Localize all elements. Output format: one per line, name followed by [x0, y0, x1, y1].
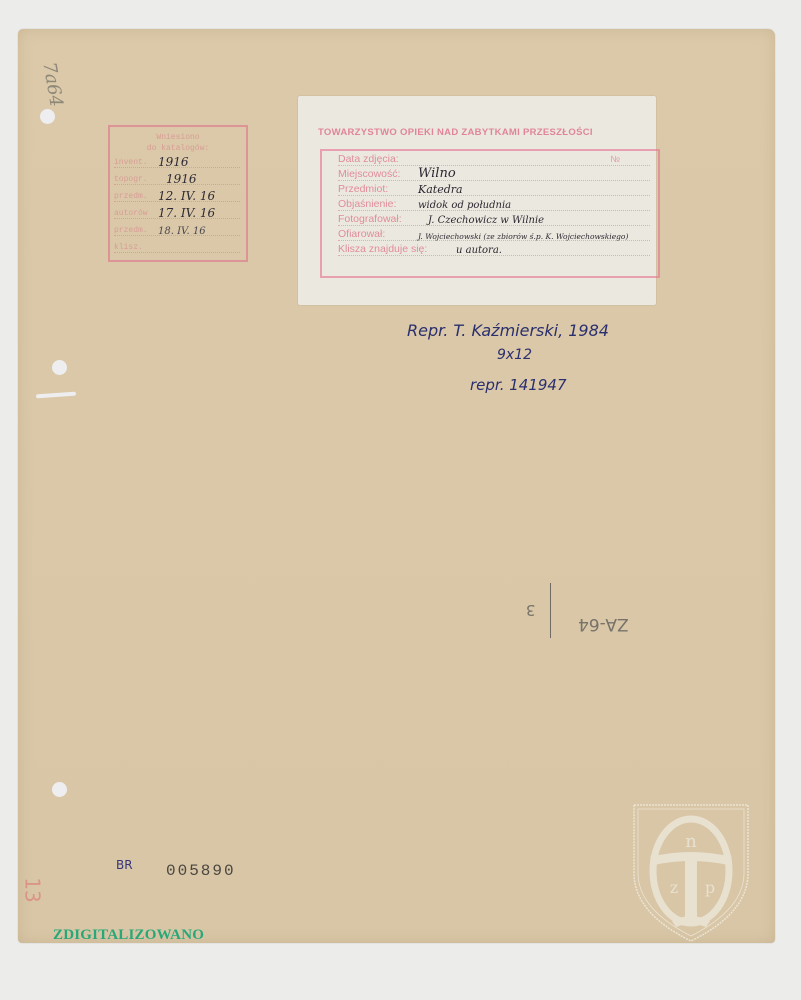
catalog-stamp: Wniesiono do katalogów: invent. 1916 top…	[108, 125, 248, 262]
punch-hole-middle	[52, 360, 67, 375]
digitized-stamp: ZDIGITALIZOWANO	[53, 927, 204, 944]
watermark-emblem-icon: n z p	[632, 803, 750, 943]
corner-pencil-note: 7a64	[38, 60, 67, 108]
society-title: TOWARZYSTWO OPIEKI NAD ZABYTKAMI PRZESZŁ…	[318, 127, 593, 138]
repro-note-line1: Repr. T. Kaźmierski, 1984	[407, 321, 609, 340]
rotated-code: ZA-64	[578, 614, 629, 634]
card-field: Przedmiot: Katedra	[338, 181, 650, 196]
card-field: Objaśnienie: widok od południa	[338, 196, 650, 211]
card-field: Klisza znajduje się: u autora.	[338, 241, 650, 256]
punch-hole-bottom	[52, 782, 67, 797]
repro-note-line3: repr. 141947	[470, 376, 567, 394]
svg-text:n: n	[685, 831, 697, 852]
serial-number: 005890	[166, 862, 236, 880]
catalog-row: klisz.	[114, 241, 240, 253]
card-field: Fotografował: J. Czechowicz w Wilnie	[338, 211, 650, 226]
catalog-row: przedm. 18. IV. 16	[114, 224, 240, 236]
catalog-row: autorów 17. IV. 16	[114, 207, 240, 219]
repro-note-line2: 9x12	[497, 347, 532, 363]
svg-text:z: z	[670, 878, 678, 897]
catalog-stamp-header: Wniesiono do katalogów:	[110, 132, 246, 154]
paper-tear	[36, 392, 76, 399]
card-field: Ofiarował: J. Wojciechowski (ze zbiorów …	[338, 226, 650, 241]
punch-hole-top	[40, 109, 55, 124]
edge-red-mark: 13	[21, 877, 45, 902]
svg-text:p: p	[705, 878, 715, 897]
card-field: Data zdjęcia:	[338, 151, 650, 166]
br-label: BR	[116, 858, 133, 872]
rotated-divider	[550, 583, 551, 638]
rotated-fraction: 3	[526, 601, 536, 619]
catalog-row: przedm. 12. IV. 16	[114, 190, 240, 202]
card-frame: Data zdjęcia: Miejscowość: Wilno Przedmi…	[320, 149, 660, 278]
card-field: Miejscowość: Wilno	[338, 166, 650, 181]
catalog-row: invent. 1916	[114, 156, 240, 168]
catalog-row: topogr. 1916	[114, 173, 240, 185]
photo-info-card: TOWARZYSTWO OPIEKI NAD ZABYTKAMI PRZESZŁ…	[298, 96, 656, 305]
